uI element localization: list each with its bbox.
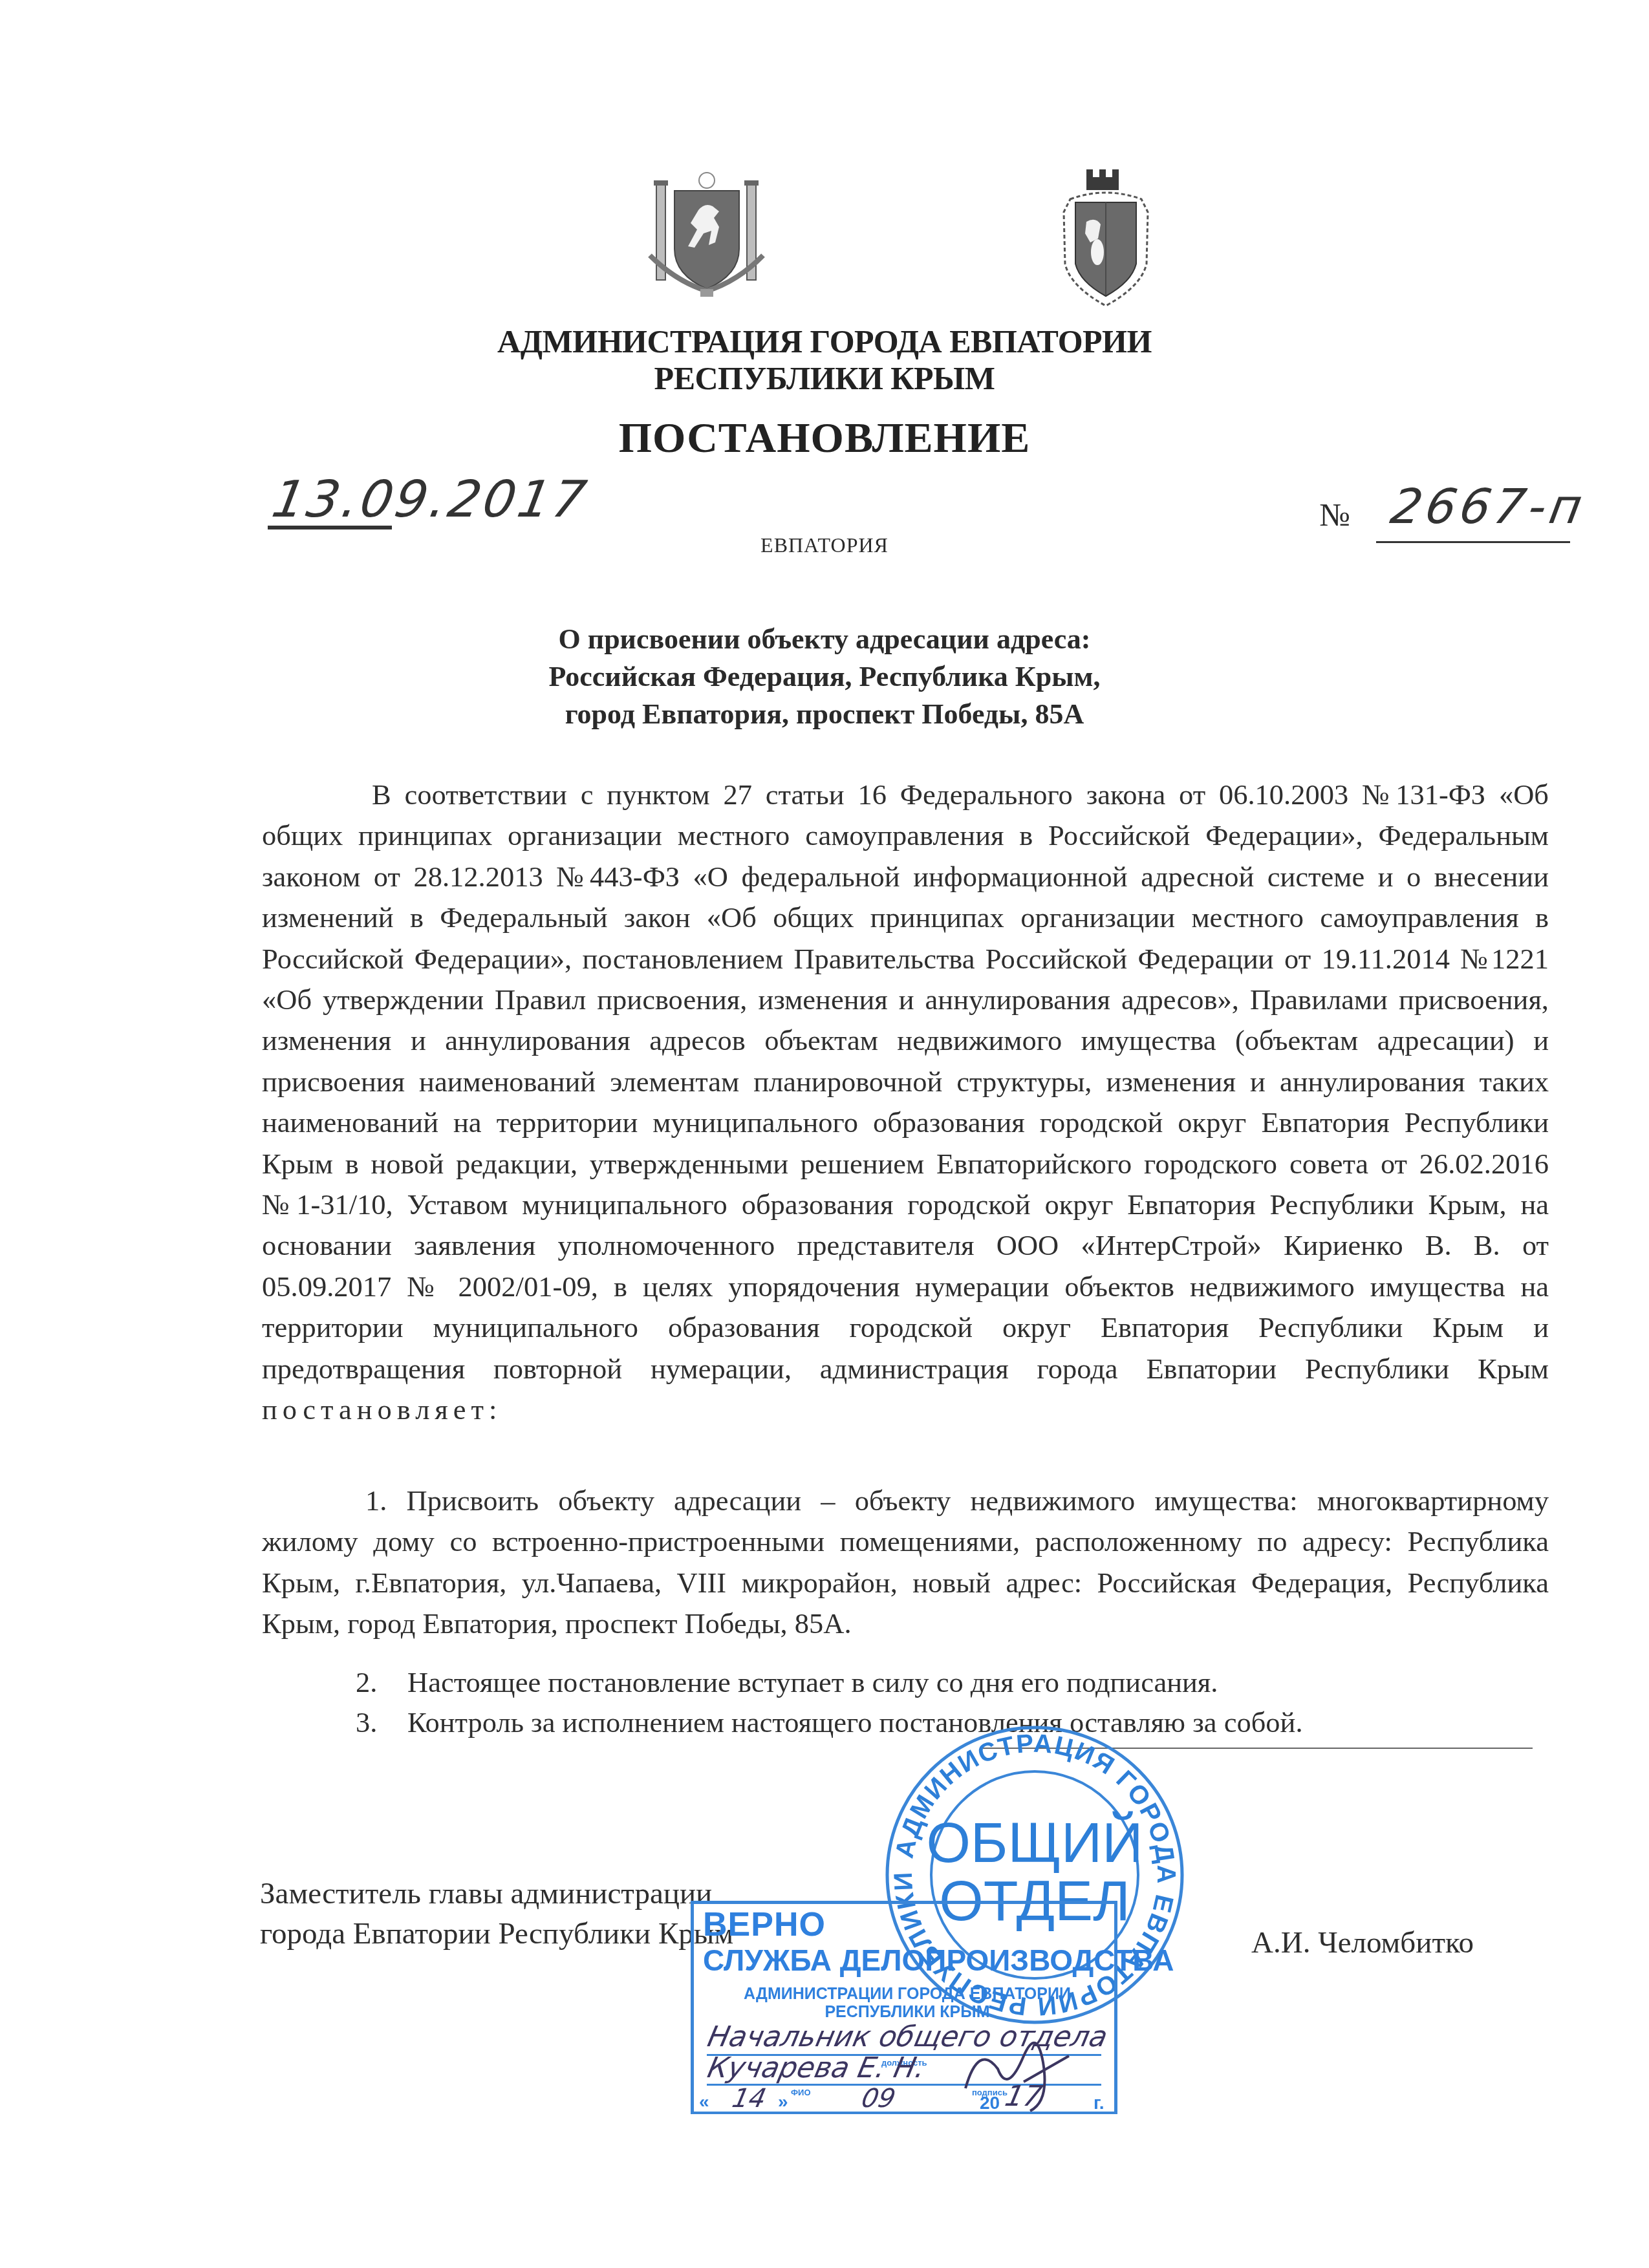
resolution-item-1: 1. Присвоить объекту адресации – объекту… bbox=[262, 1481, 1549, 1645]
handwritten-day: 14 bbox=[729, 2084, 769, 2113]
handwritten-signature-icon bbox=[953, 2030, 1082, 2121]
subject-line2: Российская Федерация, Республика Крым, bbox=[0, 658, 1649, 696]
item-2-text: Настоящее постановление вступает в силу … bbox=[407, 1666, 1218, 1698]
stamp-verno: ВЕРНО bbox=[703, 1905, 826, 1944]
resolves-word: постановляет: bbox=[262, 1393, 502, 1426]
position-line1: Заместитель главы администрации bbox=[260, 1874, 733, 1914]
preamble-text: В соответствии с пунктом 27 статьи 16 Фе… bbox=[262, 778, 1549, 1385]
document-subject: О присвоении объекту адресации адреса: Р… bbox=[0, 621, 1649, 733]
signatory-name: А.И. Челомбитко bbox=[1251, 1925, 1474, 1960]
resolution-item-2: 2.Настоящее постановление вступает в сил… bbox=[356, 1665, 1218, 1699]
signatory-position: Заместитель главы администрации города Е… bbox=[260, 1874, 733, 1954]
crimea-coat-of-arms-icon bbox=[637, 171, 776, 304]
handwritten-date: 13.09.2017 bbox=[268, 471, 592, 529]
city-name: ЕВПАТОРИЯ bbox=[0, 533, 1649, 557]
document-date-field: 13.09.2017 bbox=[259, 471, 556, 529]
stamp-admin-line: АДМИНИСТРАЦИИ ГОРОДА ЕВПАТОРИИ bbox=[694, 1985, 1121, 2004]
stamp-service-name: СЛУЖБА ДЕЛОПРОИЗВОДСТВА bbox=[703, 1943, 1174, 1978]
preamble-paragraph: В соответствии с пунктом 27 статьи 16 Фе… bbox=[262, 775, 1549, 1431]
date-underline bbox=[268, 526, 392, 530]
certification-stamp: ВЕРНО СЛУЖБА ДЕЛОПРОИЗВОДСТВА АДМИНИСТРА… bbox=[691, 1901, 1117, 2114]
stamp-republic-line: РЕСПУБЛИКИ КРЫМ bbox=[694, 2003, 1121, 2022]
year-suffix: г. bbox=[1094, 2093, 1105, 2113]
quote-open: « bbox=[699, 2091, 709, 2112]
number-sign: № bbox=[1319, 496, 1350, 533]
subject-line1: О присвоении объекту адресации адреса: bbox=[0, 621, 1649, 658]
item-1-number: 1. bbox=[365, 1484, 387, 1517]
document-type-title: ПОСТАНОВЛЕНИЕ bbox=[0, 414, 1649, 463]
organization-name-line1: АДМИНИСТРАЦИЯ ГОРОДА ЕВПАТОРИИ bbox=[0, 325, 1649, 358]
quote-close: » bbox=[778, 2091, 788, 2112]
document-number-field: № 2667-п bbox=[1319, 482, 1591, 540]
position-line2: города Евпатории Республики Крым bbox=[260, 1914, 733, 1954]
subject-line3: город Евпатория, проспект Победы, 85А bbox=[0, 696, 1649, 733]
fio-label: ФИО bbox=[791, 2088, 811, 2097]
organization-name-line2: РЕСПУБЛИКИ КРЫМ bbox=[0, 362, 1649, 394]
item-3-number: 3. bbox=[356, 1706, 407, 1739]
item-1-text: Присвоить объекту адресации – объекту не… bbox=[262, 1484, 1549, 1640]
handwritten-number: 2667-п bbox=[1386, 479, 1590, 535]
stamp-center-line1: ОБЩИЙ bbox=[926, 1810, 1143, 1874]
item-2-number: 2. bbox=[356, 1665, 407, 1699]
handwritten-fio: Кучарева Е. Н. bbox=[705, 2051, 929, 2084]
evpatoria-coat-of-arms-icon bbox=[1051, 167, 1161, 316]
handwritten-month: 09 bbox=[859, 2084, 898, 2113]
